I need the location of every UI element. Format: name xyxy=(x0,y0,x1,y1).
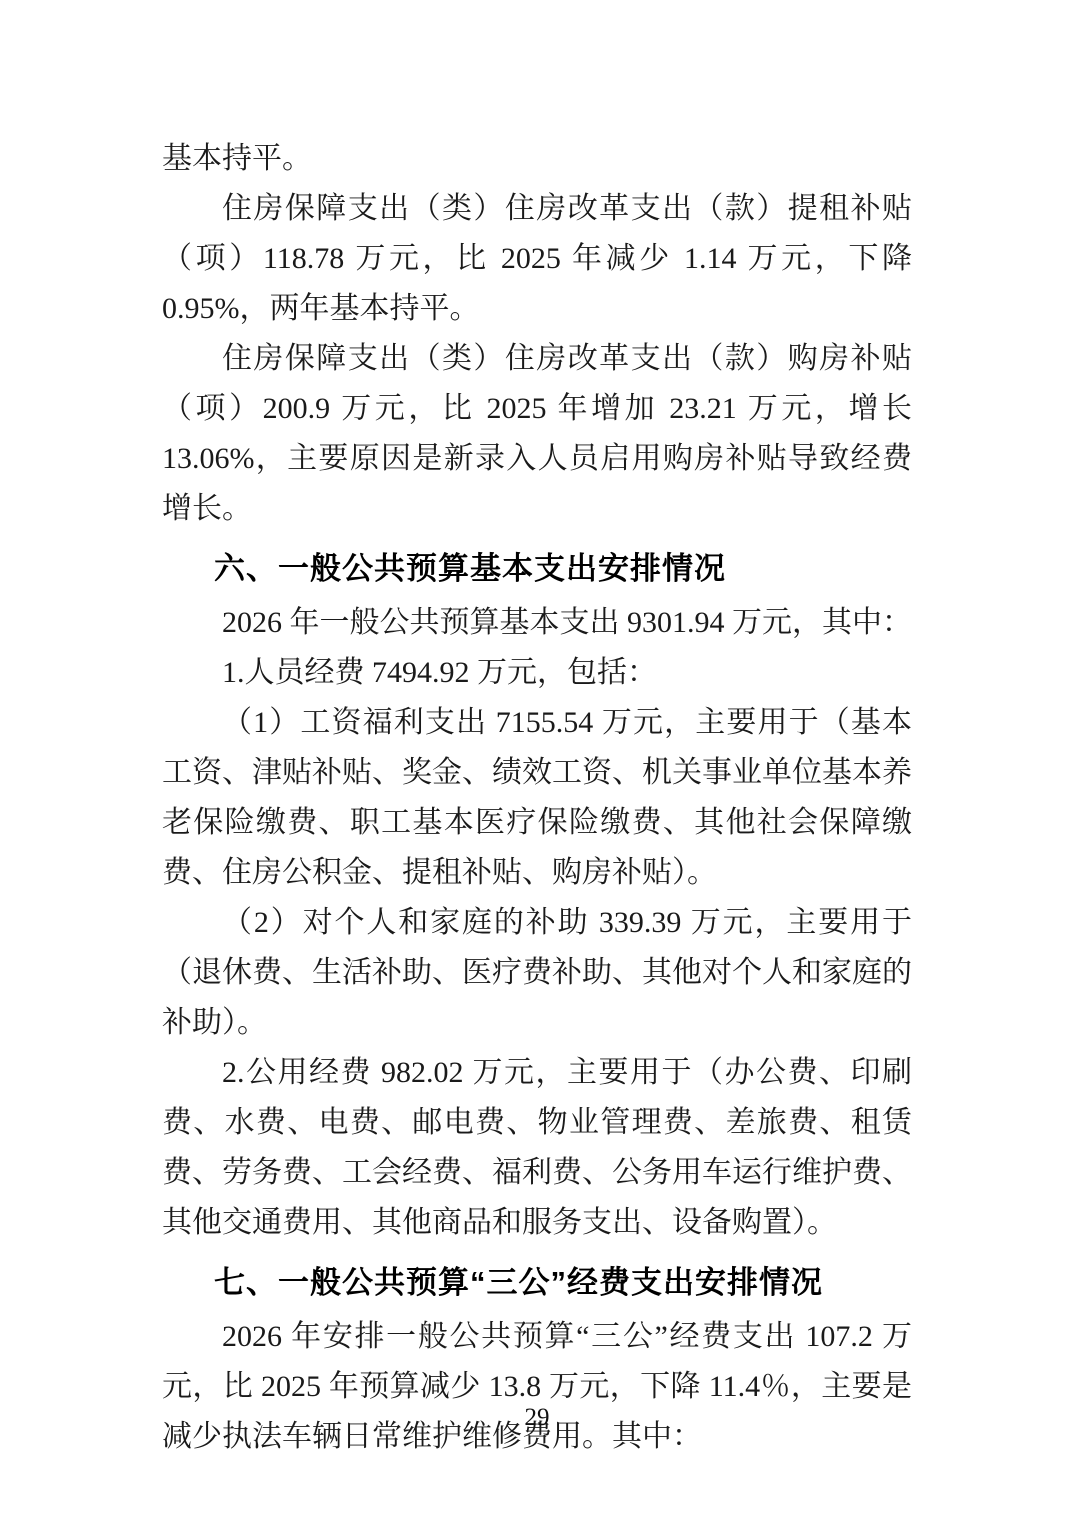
paragraph-rent-subsidy: 住房保障支出（类）住房改革支出（款）提租补贴（项）118.78 万元，比 202… xyxy=(162,184,912,334)
paragraph-carryover: 基本持平。 xyxy=(162,134,912,184)
paragraph-housing-purchase-subsidy: 住房保障支出（类）住房改革支出（款）购房补贴（项）200.9 万元，比 2025… xyxy=(162,334,912,534)
document-page: 基本持平。 住房保障支出（类）住房改革支出（款）提租补贴（项）118.78 万元… xyxy=(0,0,1074,1520)
paragraph-three-public-funds: 2026 年安排一般公共预算“三公”经费支出 107.2 万元，比 2025 年… xyxy=(162,1312,912,1462)
section-heading-seven: 七、一般公共预算“三公”经费支出安排情况 xyxy=(162,1258,912,1308)
section-heading-six: 六、一般公共预算基本支出安排情况 xyxy=(162,544,912,594)
page-footer: 29 xyxy=(0,1400,1074,1436)
paragraph-salary-welfare: （1）工资福利支出 7155.54 万元，主要用于（基本工资、津贴补贴、奖金、绩… xyxy=(162,698,912,898)
page-number: 29 xyxy=(525,1404,550,1431)
paragraph-public-funds: 2.公用经费 982.02 万元，主要用于（办公费、印刷费、水费、电费、邮电费、… xyxy=(162,1048,912,1248)
paragraph-personnel-funds: 1.人员经费 7494.92 万元，包括： xyxy=(162,648,912,698)
document-body: 基本持平。 住房保障支出（类）住房改革支出（款）提租补贴（项）118.78 万元… xyxy=(162,134,912,1462)
paragraph-basic-expenditure-total: 2026 年一般公共预算基本支出 9301.94 万元，其中： xyxy=(162,598,912,648)
paragraph-individual-family-subsidy: （2）对个人和家庭的补助 339.39 万元，主要用于（退休费、生活补助、医疗费… xyxy=(162,898,912,1048)
